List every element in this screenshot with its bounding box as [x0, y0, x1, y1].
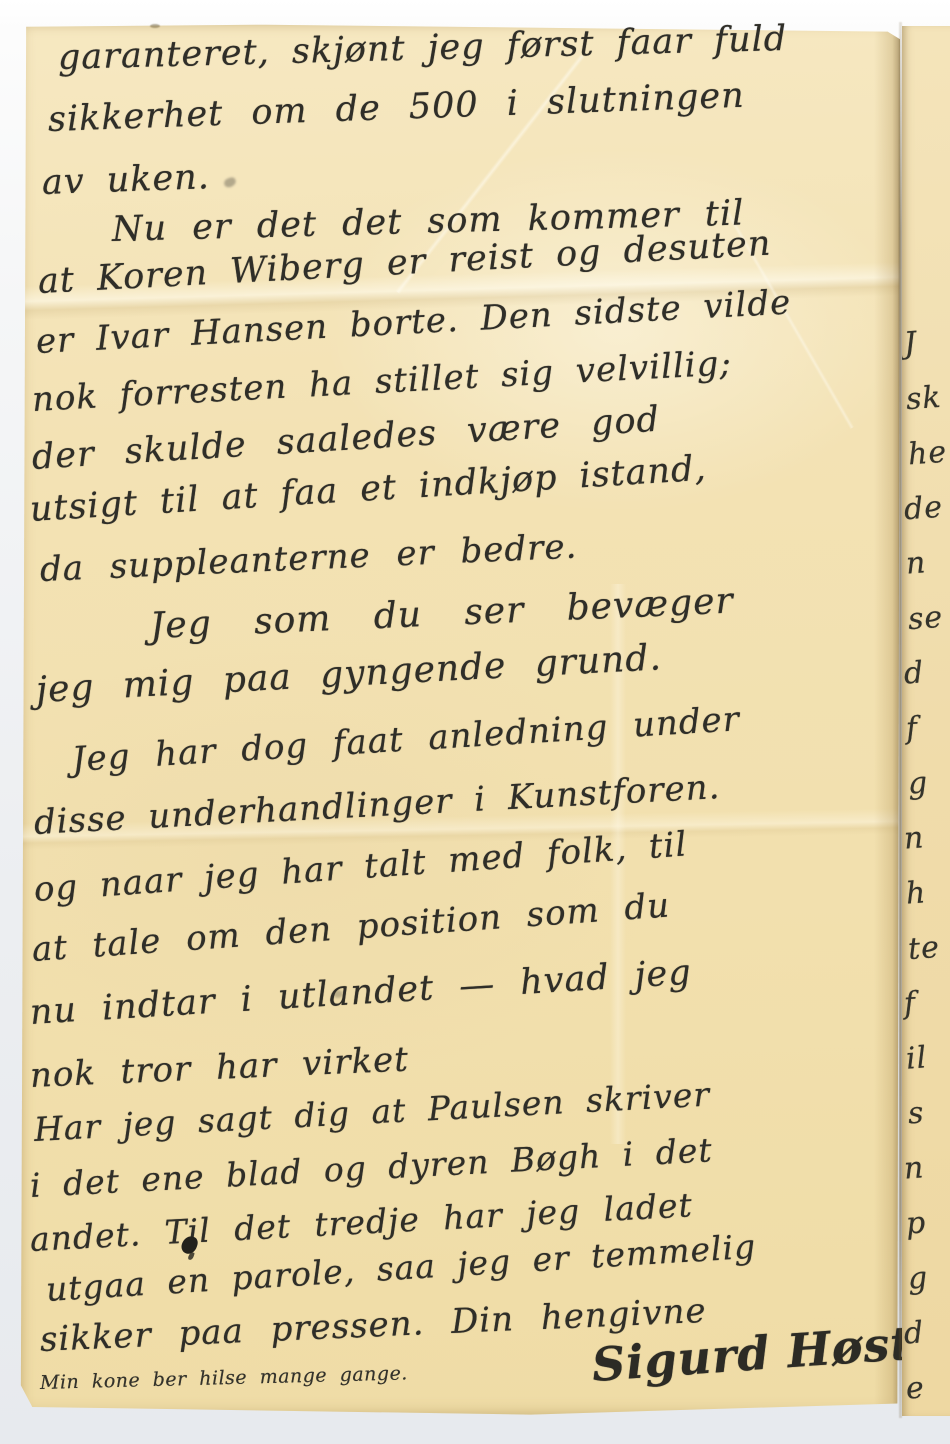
page2-text-fragment: p	[905, 1205, 928, 1241]
page2-text-fragment: d	[903, 655, 926, 691]
page2-text-fragment: h	[905, 875, 928, 911]
paper-edge-nick	[150, 24, 160, 28]
page2-text-fragment: g	[907, 765, 930, 801]
scanned-letter: garanteret, skjønt jeg først faar fuld s…	[0, 0, 950, 1444]
letter-page	[20, 24, 900, 1416]
page2-text-fragment: se	[907, 600, 945, 637]
vertical-crease	[610, 584, 626, 1144]
page2-text-fragment: de	[903, 490, 944, 528]
second-page-edge: Jskhedensedfgnhtefilsnpgde	[902, 26, 950, 1416]
page2-text-fragment: f	[903, 986, 918, 1022]
page2-text-fragment: he	[907, 435, 948, 473]
page2-text-fragment: s	[907, 1095, 926, 1131]
page2-text-fragment: il	[905, 1040, 929, 1076]
horizontal-fold-crease	[20, 808, 900, 849]
page2-text-fragment: sk	[905, 380, 943, 417]
page2-text-fragment: te	[907, 930, 941, 967]
horizontal-fold-crease	[20, 262, 901, 321]
page2-text-fragment: d	[903, 1315, 926, 1351]
page2-text-fragment: n	[903, 1150, 926, 1186]
page2-text-fragment: g	[907, 1260, 930, 1296]
ink-smudge	[333, 990, 343, 998]
page2-text-fragment: J	[903, 326, 918, 362]
page2-text-fragment: e	[905, 1370, 926, 1406]
right-fold-shadow	[874, 24, 900, 1416]
diagonal-crease	[720, 202, 854, 430]
diagonal-crease	[395, 54, 584, 294]
page2-text-fragment: n	[905, 545, 928, 581]
page2-text-fragment: n	[903, 820, 926, 856]
page2-text-fragment: f	[905, 711, 920, 747]
